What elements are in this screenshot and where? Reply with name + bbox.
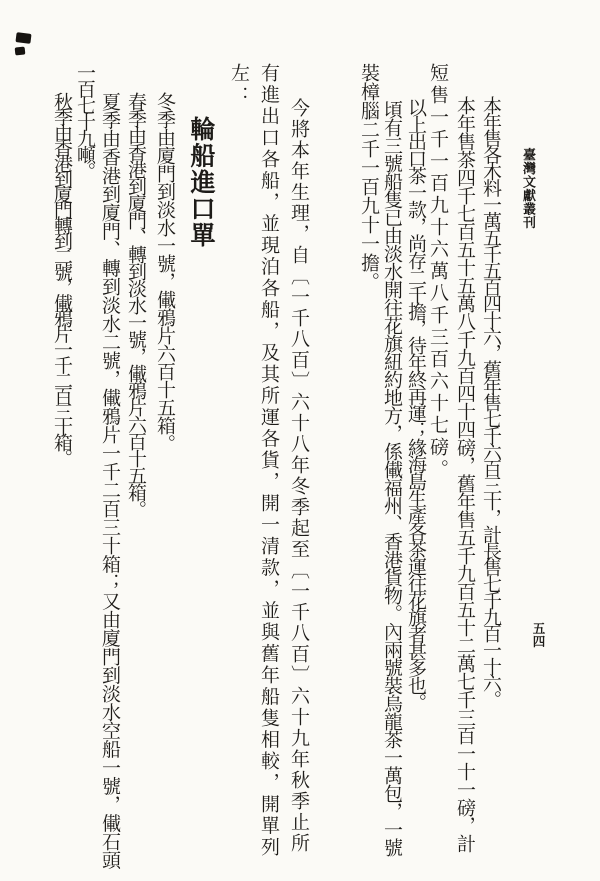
- text-column-tea-sales: 本年售茶四千七百五十五萬八千九百四十四磅，舊年售五千九百五十二萬七千三百一十一磅…: [452, 96, 476, 852]
- scanned-book-page: 臺灣文獻叢刊 五四 本年售各木料一萬五千五百四十六，舊年售七千六百三十，計長售七…: [0, 0, 600, 881]
- text-column-ships-newyork: 頃有三號船隻已由淡水開往花旗紐約地方，係儎福州、香港貨物。內兩號裝烏龍茶一萬包，…: [379, 100, 403, 856]
- text-column-annual-cont: 有進出口各船，並現泊各船，及其所運各貨，開一清款，並與舊年船隻相較，開單列: [256, 63, 280, 859]
- text-column-camphor-cont: 裝樟腦二千一百九十一擔。: [356, 63, 380, 291]
- publication-title: 臺灣文獻叢刊: [520, 148, 536, 229]
- list-item-autumn: 秋季由香港到廈門轉到二號，儎鴉片一千二百三十箱。: [49, 92, 73, 464]
- text-column-annual-cont-2: 左：: [226, 63, 250, 109]
- section-heading-steamer-import-list: 輪船進口單: [186, 116, 214, 249]
- text-column-tea-export: 以上出口茶一款，尚存二千擔，待年終再運；緣海島生產各茶運往花旗者甚多也。: [403, 98, 427, 710]
- scan-ink-artifact: [15, 32, 31, 44]
- list-item-winter: 冬季由廈門到淡水一號，儎鴉片六百十五箱。: [152, 92, 176, 452]
- page-number: 五四: [530, 622, 545, 648]
- list-item-summer-cont: 一百七十九噸。: [72, 63, 96, 179]
- text-column-lumber-sales: 本年售各木料一萬五千五百四十六，舊年售七千六百三十，計長售七千九百一十六。: [478, 96, 502, 707]
- scan-ink-artifact: [15, 46, 26, 55]
- text-column-tea-sales-cont: 短售一千一百九十六萬八千三百六十七磅。: [425, 63, 449, 481]
- list-item-summer: 夏季由香港到廈門、轉到淡水二號，儎鴉片一千二百三十箱；又由廈門到淡水空船一號，儎…: [97, 92, 121, 869]
- text-column-annual-report: 今將本年生理，自〔一千八百〕六十八年冬季起至〔一千八百〕六十九年秋季止所: [286, 98, 310, 854]
- list-item-spring: 春季由香港到廈門、轉到淡水一號，儎鴉片六百十五箱。: [123, 92, 147, 517]
